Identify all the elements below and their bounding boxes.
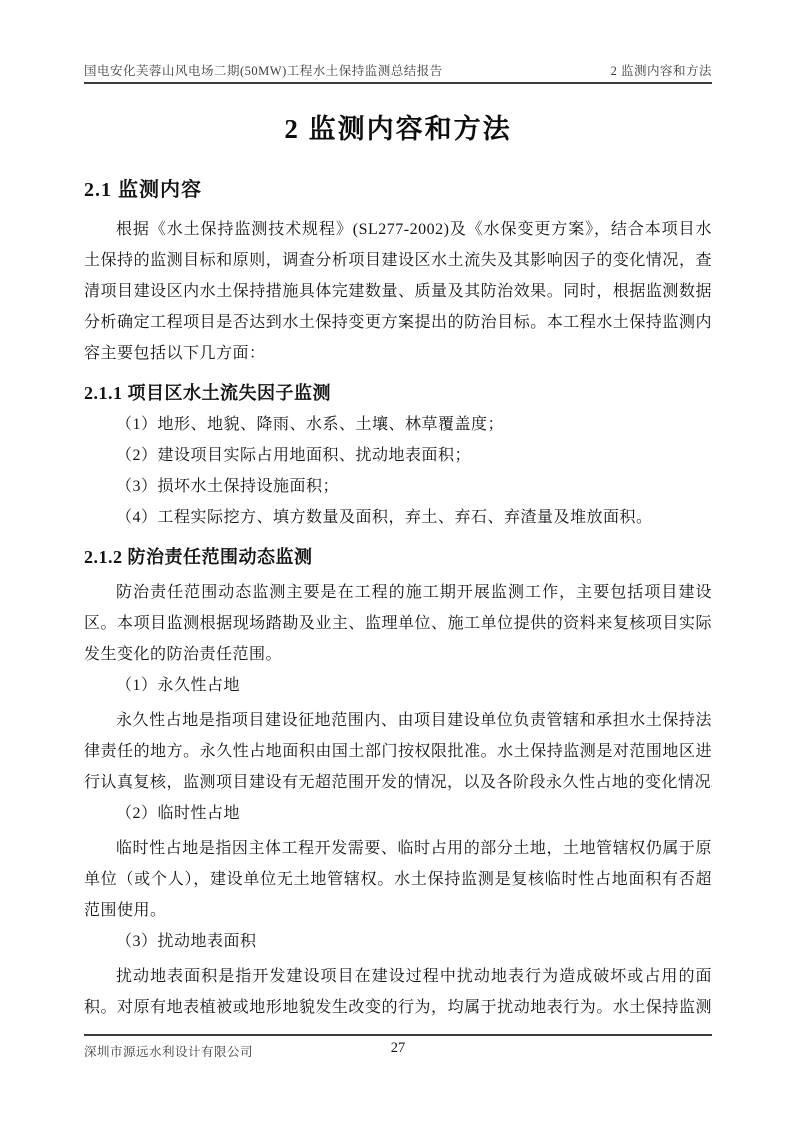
header-report-title: 国电安化芙蓉山风电场二期(50MW)工程水土保持监测总结报告 — [84, 61, 443, 79]
list-item: （1）永久性占地 — [84, 670, 712, 701]
paragraph: 临时性占地是指因主体工程开发需要、临时占用的部分土地，土地管辖权仍属于原单位（或… — [84, 833, 712, 926]
list-item: （1）地形、地貌、降雨、水系、土壤、林草覆盖度； — [84, 409, 712, 440]
list-item: （4）工程实际挖方、填方数量及面积，弃土、弃石、弃渣量及堆放面积。 — [84, 502, 712, 533]
paragraph-line: 扰动地表面积是指开发建设项目在建设过程中扰动地表行为造成破坏或占用的面 — [84, 961, 712, 992]
document-content: 2 监测内容和方法 2.1 监测内容根据《水土保持监测技术规程》(SL277-2… — [84, 110, 712, 1023]
paragraph: 根据《水土保持监测技术规程》(SL277-2002)及《水保变更方案》，结合本项… — [84, 214, 712, 369]
paragraph-line: 范围使用。 — [84, 895, 712, 926]
page-header: 国电安化芙蓉山风电场二期(50MW)工程水土保持监测总结报告 2 监测内容和方法 — [84, 0, 712, 84]
paragraph-line: 临时性占地是指因主体工程开发需要、临时占用的部分土地，土地管辖权仍属于原 — [84, 833, 712, 864]
paragraph-line: 律责任的地方。永久性占地面积由国土部门按权限批准。水土保持监测是对范围地区进 — [84, 736, 712, 767]
paragraph-line: 区。本项目监测根据现场踏勘及业主、监理单位、施工单位提供的资料来复核项目实际 — [84, 608, 712, 639]
paragraph-line: 根据《水土保持监测技术规程》(SL277-2002)及《水保变更方案》，结合本项… — [84, 214, 712, 245]
document-body: 2.1 监测内容根据《水土保持监测技术规程》(SL277-2002)及《水保变更… — [84, 175, 712, 1023]
footer-row: 深圳市源远水利设计有限公司 27 — [84, 1040, 712, 1060]
page-footer: 深圳市源远水利设计有限公司 27 — [84, 1034, 712, 1060]
paragraph-line: 发生变化的防治责任范围。 — [84, 639, 712, 670]
paragraph: 防治责任范围动态监测主要是在工程的施工期开展监测工作，主要包括项目建设区。本项目… — [84, 577, 712, 670]
list-item: （3）损坏水土保持设施面积； — [84, 471, 712, 502]
page-number: 27 — [84, 1040, 712, 1057]
paragraph-line: 土保持的监测目标和原则，调查分析项目建设区水土流失及其影响因子的变化情况，查 — [84, 245, 712, 276]
section-heading: 2.1 监测内容 — [84, 175, 712, 205]
list-item: （3）扰动地表面积 — [84, 926, 712, 957]
document-page: 国电安化芙蓉山风电场二期(50MW)工程水土保持监测总结报告 2 监测内容和方法… — [0, 0, 793, 1122]
paragraph-line: 防治责任范围动态监测主要是在工程的施工期开展监测工作，主要包括项目建设 — [84, 577, 712, 608]
section-heading: 2.1.1 项目区水土流失因子监测 — [84, 377, 712, 409]
paragraph-line: 分析确定工程项目是否达到水土保持变更方案提出的防治目标。本工程水土保持监测内 — [84, 307, 712, 338]
list-item: （2）临时性占地 — [84, 798, 712, 829]
paragraph: 永久性占地是指项目建设征地范围内、由项目建设单位负责管辖和承担水土保持法律责任的… — [84, 705, 712, 798]
header-chapter-label: 2 监测内容和方法 — [611, 61, 712, 79]
chapter-title: 2 监测内容和方法 — [84, 110, 712, 148]
paragraph-line: 行认真复核，监测项目建设有无超范围开发的情况，以及各阶段永久性占地的变化情况。 — [84, 767, 712, 798]
paragraph-line: 清项目建设区内水土保持措施具体完建数量、质量及其防治效果。同时，根据监测数据 — [84, 276, 712, 307]
paragraph-line: 积。对原有地表植被或地形地貌发生改变的行为，均属于扰动地表行为。水土保持监测 — [84, 992, 712, 1023]
paragraph: 扰动地表面积是指开发建设项目在建设过程中扰动地表行为造成破坏或占用的面积。对原有… — [84, 961, 712, 1023]
list-item: （2）建设项目实际占用地面积、扰动地表面积； — [84, 440, 712, 471]
paragraph-line: 容主要包括以下几方面： — [84, 338, 712, 369]
paragraph-line: 单位（或个人），建设单位无土地管辖权。水土保持监测是复核临时性占地面积有否超 — [84, 864, 712, 895]
section-heading: 2.1.2 防治责任范围动态监测 — [84, 541, 712, 573]
paragraph-line: 永久性占地是指项目建设征地范围内、由项目建设单位负责管辖和承担水土保持法 — [84, 705, 712, 736]
